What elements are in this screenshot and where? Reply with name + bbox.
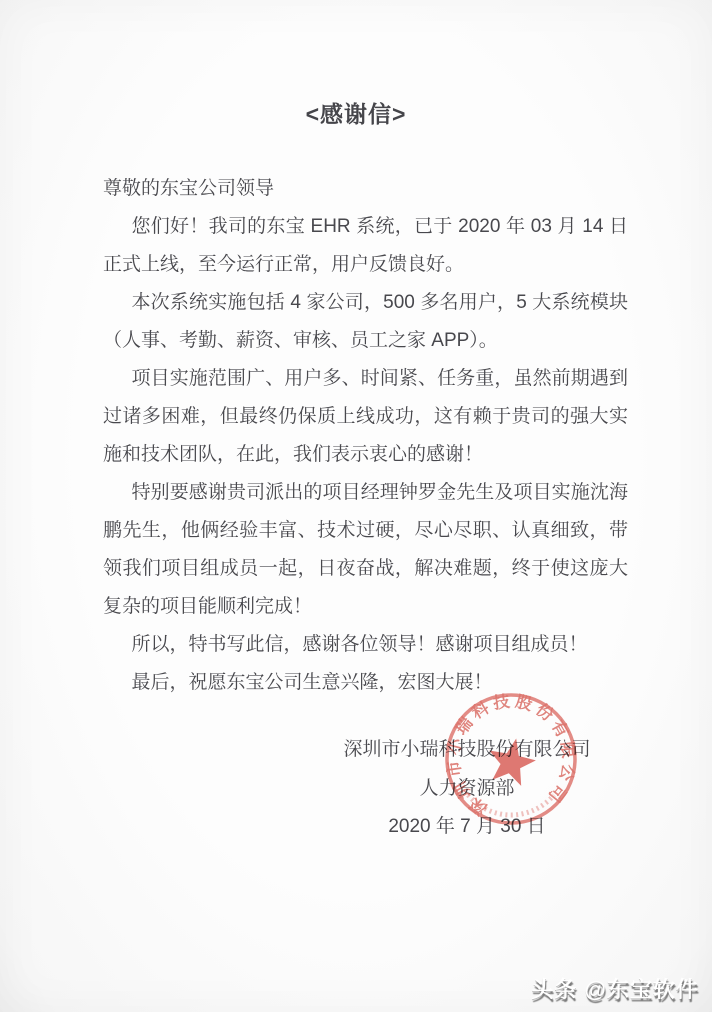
letter-page: <感谢信> 尊敬的东宝公司领导 您们好！我司的东宝 EHR 系统，已于 2020…	[0, 0, 712, 1012]
paragraph: 本次系统实施包括 4 家公司，500 多名用户，5 大系统模块（人事、考勤、薪资…	[103, 284, 628, 360]
paragraph: 所以，特书写此信，感谢各位领导！感谢项目组成员！	[103, 626, 628, 664]
salutation: 尊敬的东宝公司领导	[103, 170, 628, 208]
paragraphs: 您们好！我司的东宝 EHR 系统，已于 2020 年 03 月 14 日正式上线…	[103, 208, 628, 702]
letter-body: 尊敬的东宝公司领导 您们好！我司的东宝 EHR 系统，已于 2020 年 03 …	[103, 170, 628, 702]
paragraph: 您们好！我司的东宝 EHR 系统，已于 2020 年 03 月 14 日正式上线…	[103, 208, 628, 284]
letter-title: <感谢信>	[0, 96, 712, 129]
paragraph: 项目实施范围广、用户多、时间紧、任务重，虽然前期遇到过诸多困难，但最终仍保质上线…	[103, 360, 628, 474]
company-seal-graphic: 深圳市小瑞科技股份有限公司	[441, 689, 581, 829]
company-seal: 深圳市小瑞科技股份有限公司	[441, 689, 581, 829]
paragraph: 特别要感谢贵司派出的项目经理钟罗金先生及项目实施沈海鹏先生，他俩经验丰富、技术过…	[103, 474, 628, 626]
star-icon	[484, 734, 540, 788]
watermark: 头条 @东宝软件	[531, 973, 699, 1004]
